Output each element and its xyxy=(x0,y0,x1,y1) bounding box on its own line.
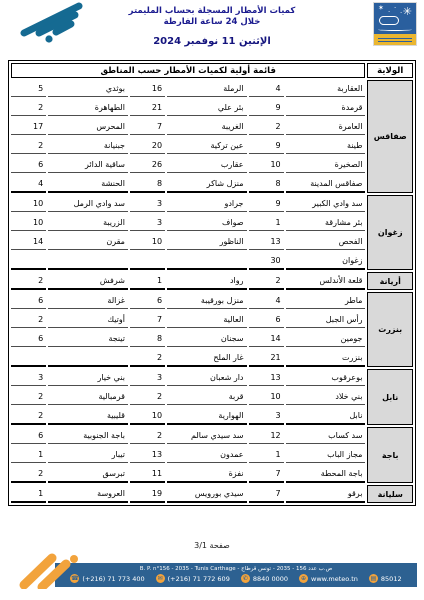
sms-icon: ▤ xyxy=(369,574,378,583)
governorate-cell: نابل xyxy=(367,369,413,425)
station-name-cell: الغريبة xyxy=(167,118,246,135)
rain-value-cell: 12 xyxy=(249,427,284,444)
station-name-cell: أوتيك xyxy=(48,311,128,328)
rain-value-cell: 11 xyxy=(130,465,165,483)
rain-value-cell: 10 xyxy=(11,214,46,231)
table-row: الصخيرة10عقارب26ساقية الدائر6 xyxy=(11,156,413,173)
rain-value-cell: 3 xyxy=(11,369,46,386)
ministry-meteo-logo: ✶ · · · ✳ xyxy=(373,2,417,46)
station-name-cell: العامرة xyxy=(286,118,366,135)
address-arabic: ص.ب عدد 156 - 2035 - تونس قرطاج xyxy=(241,566,332,572)
rain-value-cell: 7 xyxy=(249,465,284,483)
station-name-cell: قليبية xyxy=(48,407,128,425)
table-row: زغوانسد وادي الكبير9جرادو3سد وادي الرمل1… xyxy=(11,195,413,212)
rain-value-cell: 26 xyxy=(130,156,165,173)
rain-value-cell xyxy=(11,349,46,367)
station-name-cell: الطهاهرة xyxy=(48,99,128,116)
report-title-line2: خلال 24 ساعة الفارطة xyxy=(110,17,314,28)
table-row: الفحص13الناظور10مقرن14 xyxy=(11,233,413,250)
station-name-cell: الناظور xyxy=(167,233,246,250)
postal-address: B. P. n°156 - 2035 - Tunis Carthage - ص.… xyxy=(55,566,417,572)
table-row: نابلبوعرقوب13دار شعبان3بني خيار3 xyxy=(11,369,413,386)
station-name-cell: الهوارية xyxy=(167,407,246,425)
station-name-cell: سجنان xyxy=(167,330,246,347)
station-name-cell: جرادو xyxy=(167,195,246,212)
station-name-cell: باجة الجنوبية xyxy=(48,427,128,444)
page-header: كميات الأمطار المسجلة بحساب المليمتر خلا… xyxy=(0,0,424,58)
table-row: بئر مشارقة1صواف3الزريبة10 xyxy=(11,214,413,231)
station-name-cell: عمدون xyxy=(167,446,246,463)
station-name-cell: ماطر xyxy=(286,292,366,309)
station-name-cell: زغوان xyxy=(286,252,366,270)
station-name-cell: رواد xyxy=(167,272,246,290)
station-name-cell: بني خلاد xyxy=(286,388,366,405)
station-name-cell: بني خيار xyxy=(48,369,128,386)
station-name-cell: غزالة xyxy=(48,292,128,309)
website-contact: ⊕ www.meteo.tn xyxy=(299,574,358,583)
station-name-cell: سد وادي الكبير xyxy=(286,195,366,212)
rain-value-cell: 10 xyxy=(130,233,165,250)
rain-value-cell: 1 xyxy=(11,446,46,463)
rain-value-cell: 10 xyxy=(249,388,284,405)
rain-value-cell: 4 xyxy=(249,80,284,97)
station-name-cell: عقارب xyxy=(167,156,246,173)
rain-value-cell: 2 xyxy=(249,118,284,135)
station-name-cell: مجاز الباب xyxy=(286,446,366,463)
page-number: صفحة 3/1 xyxy=(0,541,424,550)
sms-contact: ▤ 85012 xyxy=(369,574,402,583)
rain-value-cell: 2 xyxy=(11,388,46,405)
rain-value-cell: 2 xyxy=(249,272,284,290)
station-name-cell: قربة xyxy=(167,388,246,405)
rain-value-cell: 20 xyxy=(130,137,165,154)
rain-value-cell: 2 xyxy=(130,388,165,405)
table-row: زغوان30 xyxy=(11,252,413,270)
globe-icon: ⊕ xyxy=(299,574,308,583)
table-row: صفاقس المدينة8منزل شاكر8الحنشة4 xyxy=(11,175,413,193)
callcenter-number: 8840 0000 xyxy=(253,575,288,583)
rain-value-cell: 9 xyxy=(249,99,284,116)
rainfall-table: الولاية قائمة أولية لكميات الأمطار حسب ا… xyxy=(8,60,416,506)
station-name-cell: طينة xyxy=(286,137,366,154)
rain-value-cell: 7 xyxy=(249,485,284,503)
rain-value-cell: 4 xyxy=(249,292,284,309)
station-name-cell: العروسة xyxy=(48,485,128,503)
table-row: رأس الجبل6العالية7أوتيك2 xyxy=(11,311,413,328)
rain-value-cell: 6 xyxy=(11,156,46,173)
rain-value-cell: 3 xyxy=(130,214,165,231)
rain-value-cell: 10 xyxy=(11,195,46,212)
bulletin-page: { "header": { "title_line1": "كميات الأم… xyxy=(0,0,424,600)
cloud-icon xyxy=(379,16,399,25)
table-header-row: الولاية قائمة أولية لكميات الأمطار حسب ا… xyxy=(11,63,413,78)
station-name-cell: العالية xyxy=(167,311,246,328)
fax-icon: ✉ xyxy=(156,574,165,583)
phone-number: (+216) 71 773 400 xyxy=(82,575,144,583)
station-name-cell xyxy=(48,349,128,367)
station-name-cell xyxy=(167,252,246,270)
station-name-cell: صواف xyxy=(167,214,246,231)
rain-value-cell: 2 xyxy=(11,272,46,290)
rain-value-cell: 17 xyxy=(11,118,46,135)
rain-value-cell: 3 xyxy=(249,407,284,425)
rain-value-cell: 7 xyxy=(130,118,165,135)
station-name-cell: قرمبالية xyxy=(48,388,128,405)
rain-value-cell: 16 xyxy=(130,80,165,97)
fax-number: (+216) 71 772 609 xyxy=(168,575,230,583)
rain-value-cell xyxy=(11,252,46,270)
station-name-cell: الحنشة xyxy=(48,175,128,193)
rain-value-cell: 1 xyxy=(130,272,165,290)
inm-rain-logo xyxy=(16,2,84,44)
table-row: باجةسد كساب12سد سيدي سالم2باجة الجنوبية6 xyxy=(11,427,413,444)
rain-value-cell: 1 xyxy=(249,214,284,231)
rain-value-cell: 2 xyxy=(11,407,46,425)
station-name-cell: المحرس xyxy=(48,118,128,135)
rain-value-cell: 6 xyxy=(130,292,165,309)
rain-table-body: صفاقسالعقاربة4الرملة16بوثدي5قرمدة9بئر عل… xyxy=(11,80,413,503)
report-title-block: كميات الأمطار المسجلة بحساب المليمتر خلا… xyxy=(110,6,314,47)
table-row: جومين14سجنان8تينجة6 xyxy=(11,330,413,347)
waves-icon xyxy=(378,28,412,31)
rain-value-cell: 2 xyxy=(11,99,46,116)
governorate-cell: زغوان xyxy=(367,195,413,270)
rain-value-cell: 8 xyxy=(130,175,165,193)
footer-banner: B. P. n°156 - 2035 - Tunis Carthage - ص.… xyxy=(55,563,417,587)
rain-value-cell: 3 xyxy=(130,195,165,212)
callcenter-contact: ✆ 8840 0000 xyxy=(241,574,288,583)
station-name-cell: قلعة الأندلس xyxy=(286,272,366,290)
table-row: العامرة2الغريبة7المحرس17 xyxy=(11,118,413,135)
station-name-cell: رأس الجبل xyxy=(286,311,366,328)
rain-value-cell: 3 xyxy=(130,369,165,386)
table-row: سليانةبرقو7سيدي بورويس19العروسة1 xyxy=(11,485,413,503)
table-row: أريانةقلعة الأندلس2رواد1شرفش2 xyxy=(11,272,413,290)
rain-value-cell: 13 xyxy=(130,446,165,463)
station-name-cell: سد وادي الرمل xyxy=(48,195,128,212)
station-name-cell: دار شعبان xyxy=(167,369,246,386)
rain-value-cell: 8 xyxy=(130,330,165,347)
callcenter-icon: ✆ xyxy=(241,574,250,583)
station-name-cell: عين تركية xyxy=(167,137,246,154)
station-name-cell: منزل شاكر xyxy=(167,175,246,193)
governorate-cell: باجة xyxy=(367,427,413,483)
table-caption: قائمة أولية لكميات الأمطار حسب المناطق xyxy=(11,63,365,78)
station-name-cell: نفزة xyxy=(167,465,246,483)
station-name-cell: الرملة xyxy=(167,80,246,97)
station-name-cell: جبنيانة xyxy=(48,137,128,154)
rain-value-cell: 6 xyxy=(11,427,46,444)
governorate-column-header: الولاية xyxy=(367,63,413,78)
station-name-cell: مقرن xyxy=(48,233,128,250)
rain-value-cell: 13 xyxy=(249,369,284,386)
rain-value-cell: 2 xyxy=(11,465,46,483)
station-name-cell: بوثدي xyxy=(48,80,128,97)
station-name-cell: قرمدة xyxy=(286,99,366,116)
rain-value-cell: 2 xyxy=(130,427,165,444)
website-url: www.meteo.tn xyxy=(311,575,358,583)
table-row: باجة المحطة7نفزة11تبرسق2 xyxy=(11,465,413,483)
address-latin: B. P. n°156 - 2035 - Tunis Carthage - xyxy=(140,566,240,572)
station-name-cell: بنزرت xyxy=(286,349,366,367)
station-name-cell: نابل xyxy=(286,407,366,425)
rain-value-cell: 6 xyxy=(11,330,46,347)
governorate-cell: صفاقس xyxy=(367,80,413,193)
station-name-cell: تينجة xyxy=(48,330,128,347)
rain-value-cell: 21 xyxy=(249,349,284,367)
station-name-cell: تبرسق xyxy=(48,465,128,483)
rain-value-cell: 7 xyxy=(130,311,165,328)
table-row: مجاز الباب1عمدون13تيبار1 xyxy=(11,446,413,463)
station-name-cell: باجة المحطة xyxy=(286,465,366,483)
sms-number: 85012 xyxy=(381,575,402,583)
rain-value-cell: 13 xyxy=(249,233,284,250)
station-name-cell: منزل بورقيبة xyxy=(167,292,246,309)
table-row: بنزرت21غار الملح2 xyxy=(11,349,413,367)
table-row: طينة9عين تركية20جبنيانة2 xyxy=(11,137,413,154)
governorate-cell: بنزرت xyxy=(367,292,413,367)
rain-value-cell: 19 xyxy=(130,485,165,503)
rain-value-cell: 9 xyxy=(249,137,284,154)
rain-value-cell: 5 xyxy=(11,80,46,97)
rain-value-cell: 2 xyxy=(130,349,165,367)
governorate-cell: أريانة xyxy=(367,272,413,290)
station-name-cell: غار الملح xyxy=(167,349,246,367)
rain-value-cell: 10 xyxy=(130,407,165,425)
banner-orange-streaks-icon xyxy=(16,551,90,589)
table-row: بني خلاد10قربة2قرمبالية2 xyxy=(11,388,413,405)
station-name-cell: شرفش xyxy=(48,272,128,290)
table-row: بنزرتماطر4منزل بورقيبة6غزالة6 xyxy=(11,292,413,309)
rain-value-cell: 14 xyxy=(11,233,46,250)
rain-value-cell: 8 xyxy=(249,175,284,193)
station-name-cell xyxy=(48,252,128,270)
rain-value-cell: 6 xyxy=(11,292,46,309)
rain-value-cell: 4 xyxy=(11,175,46,193)
rain-value-cell: 2 xyxy=(11,311,46,328)
rain-value-cell: 14 xyxy=(249,330,284,347)
compass-rose-icon: ✳ xyxy=(403,6,412,17)
fax-contact: ✉ (+216) 71 772 609 xyxy=(156,574,230,583)
station-name-cell: جومين xyxy=(286,330,366,347)
rainfall-table-container: الولاية قائمة أولية لكميات الأمطار حسب ا… xyxy=(8,60,416,506)
station-name-cell: بئر مشارقة xyxy=(286,214,366,231)
station-name-cell: الزريبة xyxy=(48,214,128,231)
rain-value-cell: 9 xyxy=(249,195,284,212)
station-name-cell: العقاربة xyxy=(286,80,366,97)
station-name-cell: سيدي بورويس xyxy=(167,485,246,503)
rain-value-cell: 21 xyxy=(130,99,165,116)
contact-row: ☎ (+216) 71 773 400 ✉ (+216) 71 772 609 … xyxy=(55,574,417,583)
station-name-cell: بئر علي xyxy=(167,99,246,116)
rain-value-cell: 1 xyxy=(11,485,46,503)
station-name-cell: الصخيرة xyxy=(286,156,366,173)
station-name-cell: الفحص xyxy=(286,233,366,250)
station-name-cell: تيبار xyxy=(48,446,128,463)
rain-value-cell: 2 xyxy=(11,137,46,154)
meteo-emblem-icon: ✶ · · · ✳ xyxy=(374,3,416,34)
table-row: قرمدة9بئر علي21الطهاهرة2 xyxy=(11,99,413,116)
station-name-cell: سد كساب xyxy=(286,427,366,444)
station-name-cell: سد سيدي سالم xyxy=(167,427,246,444)
station-name-cell: صفاقس المدينة xyxy=(286,175,366,193)
table-row: نابل3الهوارية10قليبية2 xyxy=(11,407,413,425)
rain-value-cell: 6 xyxy=(249,311,284,328)
rain-streaks-icon xyxy=(16,2,84,44)
governorate-cell: سليانة xyxy=(367,485,413,503)
table-row: صفاقسالعقاربة4الرملة16بوثدي5 xyxy=(11,80,413,97)
station-name-cell: بوعرقوب xyxy=(286,369,366,386)
rain-value-cell: 30 xyxy=(249,252,284,270)
report-date: الإثنين 11 نوفمبر 2024 xyxy=(110,36,314,47)
logo-caption-band xyxy=(374,34,416,45)
station-name-cell: برقو xyxy=(286,485,366,503)
rain-value-cell xyxy=(130,252,165,270)
station-name-cell: ساقية الدائر xyxy=(48,156,128,173)
rain-value-cell: 10 xyxy=(249,156,284,173)
report-title-line1: كميات الأمطار المسجلة بحساب المليمتر xyxy=(110,6,314,17)
rain-value-cell: 1 xyxy=(249,446,284,463)
